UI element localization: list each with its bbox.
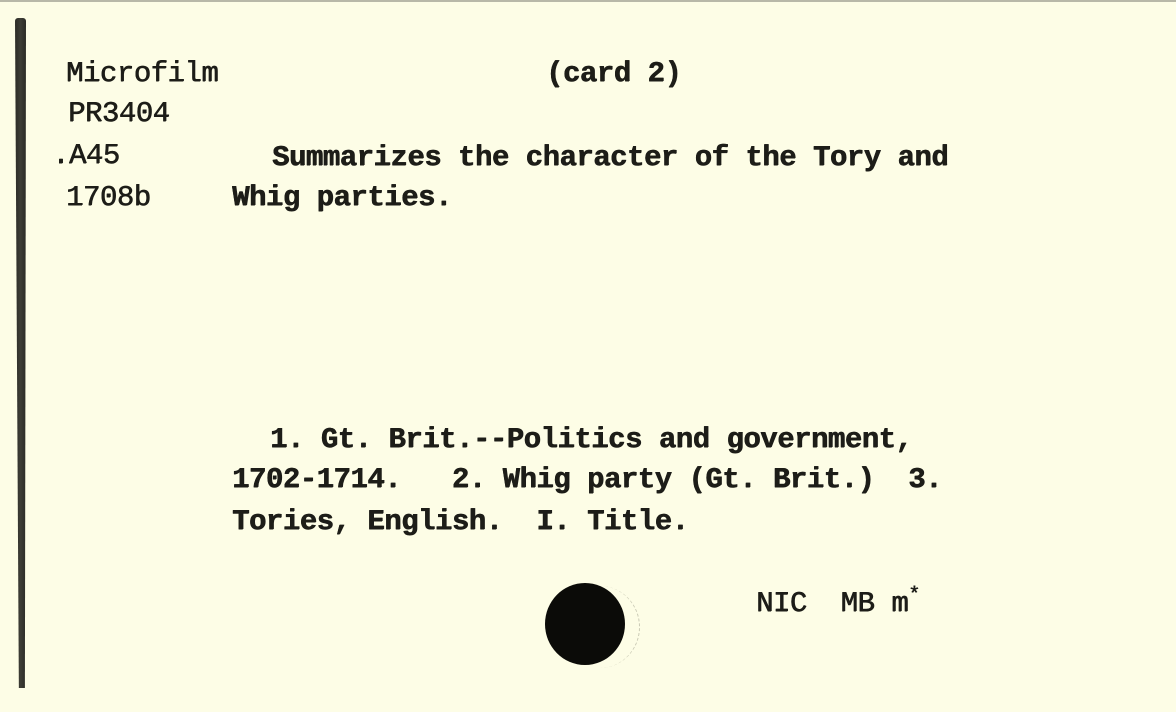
call-number-date: 1708b xyxy=(66,178,151,218)
call-number-class: PR3404 xyxy=(68,94,169,134)
punch-hole xyxy=(545,583,625,665)
note-line-1: Summarizes the character of the Tory and xyxy=(272,138,948,178)
tracing-line-2: 1702-1714. 2. Whig party (Gt. Brit.) 3. xyxy=(232,460,942,500)
left-margin-rule xyxy=(15,18,26,688)
holdings-code: NIC MB m* xyxy=(756,584,920,624)
tracing-line-1: 1. Gt. Brit.--Politics and government, xyxy=(270,420,912,460)
note-line-2: Whig parties. xyxy=(232,178,452,218)
call-number-collection: Microfilm xyxy=(66,54,218,94)
tracing-line-3: Tories, English. I. Title. xyxy=(232,502,688,542)
call-number-cutter: .A45 xyxy=(52,136,120,176)
asterisk-icon: * xyxy=(908,584,920,607)
catalog-card: Microfilm PR3404 .A45 1708b (card 2) Sum… xyxy=(0,0,1176,712)
holdings-code-text: NIC MB m xyxy=(756,587,908,620)
card-label: (card 2) xyxy=(546,54,681,94)
